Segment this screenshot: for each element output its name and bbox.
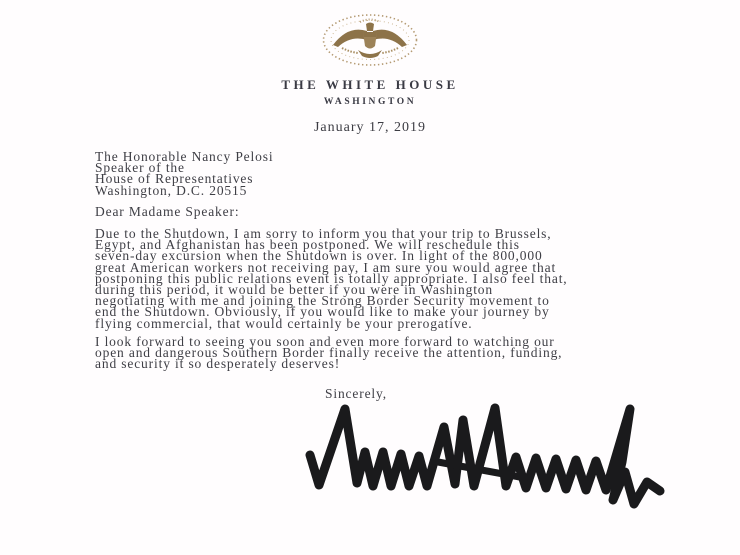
letter-page: THE WHITE HOUSE WASHINGTON January 17, 2… [0, 0, 740, 555]
presidential-seal-icon [320, 12, 420, 68]
letter-date: January 17, 2019 [0, 120, 740, 136]
letterhead: THE WHITE HOUSE WASHINGTON January 17, 2… [0, 12, 740, 136]
closing: Sincerely, [325, 388, 387, 399]
letterhead-org: THE WHITE HOUSE [0, 77, 740, 93]
body-paragraph-1: Due to the Shutdown, I am sorry to infor… [95, 228, 665, 329]
letterhead-city: WASHINGTON [0, 97, 740, 107]
body-paragraph-2: I look forward to seeing you soon and ev… [95, 336, 665, 370]
recipient-address: The Honorable Nancy Pelosi Speaker of th… [95, 151, 273, 196]
trump-signature [300, 400, 670, 518]
salutation: Dear Madame Speaker: [95, 206, 239, 217]
